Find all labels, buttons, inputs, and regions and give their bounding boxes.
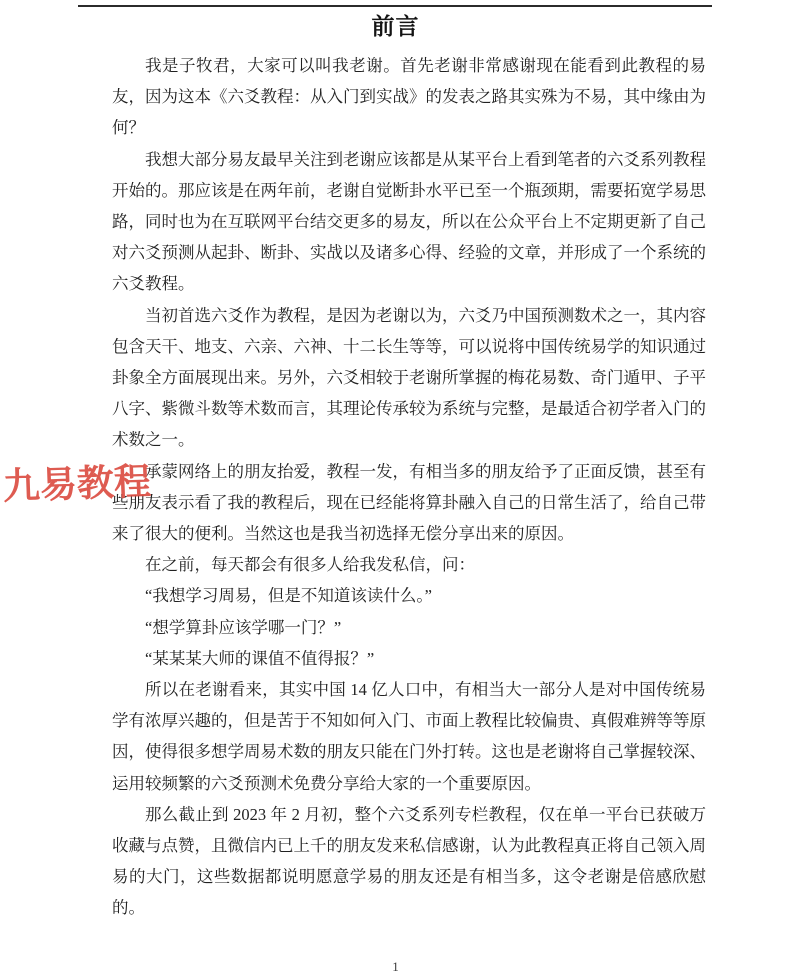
header-rule bbox=[78, 5, 712, 7]
paragraph-feedback: 承蒙网络上的朋友抬爱，教程一发，有相当多的朋友给予了正面反馈，甚至有些朋友表示看… bbox=[112, 456, 706, 550]
quote-line-1: “我想学习周易，但是不知道该读什么。” bbox=[112, 580, 706, 611]
quote-line-2: “想学算卦应该学哪一门？” bbox=[112, 612, 706, 643]
quote-line-3: “某某某大师的课值不值得报？” bbox=[112, 643, 706, 674]
paragraph-intro: 我是子牧君，大家可以叫我老谢。首先老谢非常感谢现在能看到此教程的易友，因为这本《… bbox=[112, 50, 706, 144]
document-page: 前言 我是子牧君，大家可以叫我老谢。首先老谢非常感谢现在能看到此教程的易友，因为… bbox=[0, 0, 791, 978]
paragraph-origin: 我想大部分易友最早关注到老谢应该都是从某平台上看到笔者的六爻系列教程开始的。那应… bbox=[112, 144, 706, 300]
paragraph-questions-lead: 在之前，每天都会有很多人给我发私信，问： bbox=[112, 549, 706, 580]
document-body: 我是子牧君，大家可以叫我老谢。首先老谢非常感谢现在能看到此教程的易友，因为这本《… bbox=[112, 50, 706, 924]
page-title: 前言 bbox=[0, 12, 791, 40]
paragraph-stats: 那么截止到 2023 年 2 月初，整个六爻系列专栏教程，仅在单一平台已获破万收… bbox=[112, 799, 706, 924]
page-number: 1 bbox=[0, 960, 791, 974]
paragraph-why-liuyao: 当初首选六爻作为教程，是因为老谢以为，六爻乃中国预测数术之一，其内容包含天干、地… bbox=[112, 300, 706, 456]
paragraph-reason: 所以在老谢看来，其实中国 14 亿人口中，有相当大一部分人是对中国传统易学有浓厚… bbox=[112, 674, 706, 799]
